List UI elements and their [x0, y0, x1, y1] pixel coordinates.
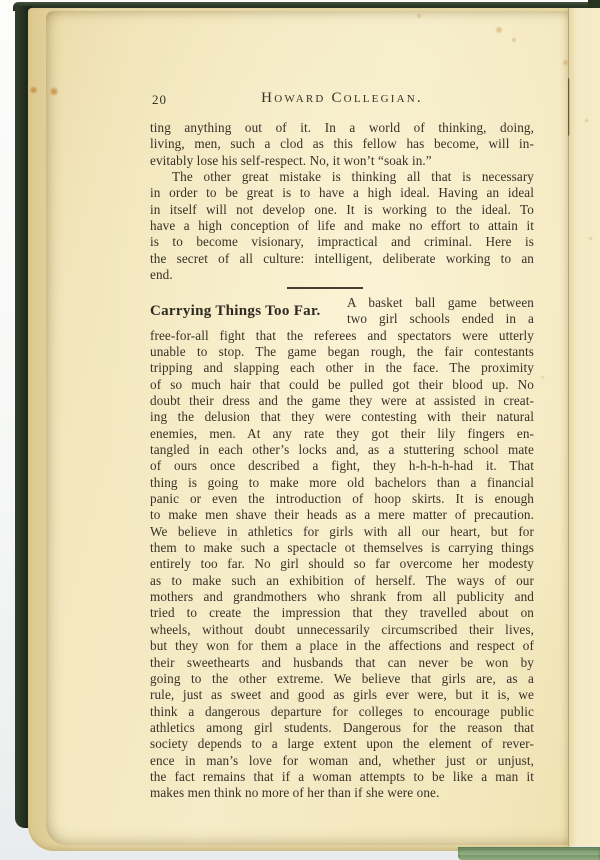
scanned-page: 20 Howard Collegian. ting anything out o… [46, 11, 568, 845]
text-line: of ours once described a fight, they h-h… [150, 458, 534, 474]
text-line: doubt their dress and the game they were… [150, 393, 534, 409]
foxing-spot [29, 86, 38, 94]
text-line: mothers and grandmothers who shrank from… [150, 589, 534, 605]
foxing-spot [296, 696, 302, 702]
text-line: enemies, men. At any rate they got their… [150, 426, 534, 442]
text-line: thing is going to make more old bachelor… [150, 475, 534, 491]
text-line: rule, just as sweet and good as girls ev… [150, 687, 534, 703]
foxing-spot [416, 13, 422, 19]
text-line: in order to be great is to have a high i… [150, 185, 534, 201]
text-line: have a high conception of life and make … [150, 218, 534, 234]
foxing-spot [588, 236, 593, 241]
text-line: them to make such a spectacle ot themsel… [150, 540, 534, 556]
text-line: evitably lose his self-respect. No, it w… [150, 153, 534, 169]
foxing-spot [584, 118, 589, 123]
text-line: living, men, such a clod as this fellow … [150, 136, 534, 152]
section-carrying-things-too-far: Carrying Things Too Far. A basket ball g… [150, 295, 534, 802]
foxing-spot [540, 375, 545, 380]
page-text-block: ting anything out of it. In a world of t… [150, 120, 534, 802]
text-line: free-for-all fight that the referees and… [150, 328, 534, 344]
book-cloth-corner [458, 847, 600, 860]
text-line: is to become visionary, impractical and … [150, 234, 534, 250]
text-line: tried to create the impression that they… [150, 605, 534, 621]
foxing-spot [495, 26, 503, 34]
text-line: to make men shave their heads as a mere … [150, 507, 534, 523]
text-line: unable to stop. The game began rough, th… [150, 344, 534, 360]
foxing-spot [236, 537, 241, 542]
text-line: the fact remains that if a woman attempt… [150, 769, 534, 785]
foxing-spot [49, 87, 59, 96]
text-line: ence in man’s love for woman and, whethe… [150, 753, 534, 769]
text-line: tripping and slapping each other in the … [150, 360, 534, 376]
text-line: We believe in athletics for girls with a… [150, 524, 534, 540]
section-body: A basket ball game betweentwo girl schoo… [150, 295, 534, 802]
text-line: their sweethearts and husbands that can … [150, 655, 534, 671]
text-line: think a dangerous departure for colleges… [150, 704, 534, 720]
text-line: The other great mistake is thinking all … [150, 169, 534, 185]
running-head: 20 Howard Collegian. [150, 90, 534, 108]
page-number: 20 [152, 92, 167, 108]
text-line: athletics among girl students. Dangerous… [150, 720, 534, 736]
adjacent-page-edge [568, 8, 600, 846]
text-line: as to make such an exhibition of herself… [150, 573, 534, 589]
book-page-scan: 20 Howard Collegian. ting anything out o… [0, 0, 600, 860]
section-divider-rule [287, 287, 363, 289]
text-line: makes men think no more of her than if s… [150, 785, 534, 801]
text-line: the secret of all culture: intelligent, … [150, 251, 534, 267]
text-line: wheels, without doubt unnecessarily circ… [150, 622, 534, 638]
foxing-spot [511, 37, 517, 43]
text-line: in itself will not develop one. It is wo… [150, 202, 534, 218]
text-line: tangled in each other’s locks and, as a … [150, 442, 534, 458]
text-line: entirely too far. No girl should so far … [150, 556, 534, 572]
foxing-spot [562, 59, 569, 66]
paragraph-high-ideal: The other great mistake is thinking all … [150, 169, 534, 283]
text-line: but they won for them a place in the aff… [150, 638, 534, 654]
paragraph-continuation: ting anything out of it. In a world of t… [150, 120, 534, 169]
text-line: panic or even the introduction of hoop s… [150, 491, 534, 507]
foxing-spot [176, 150, 181, 155]
section-heading: Carrying Things Too Far. [150, 295, 347, 320]
text-line: ing the delusion that they were contesti… [150, 409, 534, 425]
text-line: ting anything out of it. In a world of t… [150, 120, 534, 136]
text-line: of so much hair that could be pulled got… [150, 377, 534, 393]
text-line: going to the other extreme. We believe t… [150, 671, 534, 687]
text-line: end. [150, 267, 534, 283]
publication-title: Howard Collegian. [150, 90, 534, 107]
text-line: society depends to a large extent upon t… [150, 736, 534, 752]
